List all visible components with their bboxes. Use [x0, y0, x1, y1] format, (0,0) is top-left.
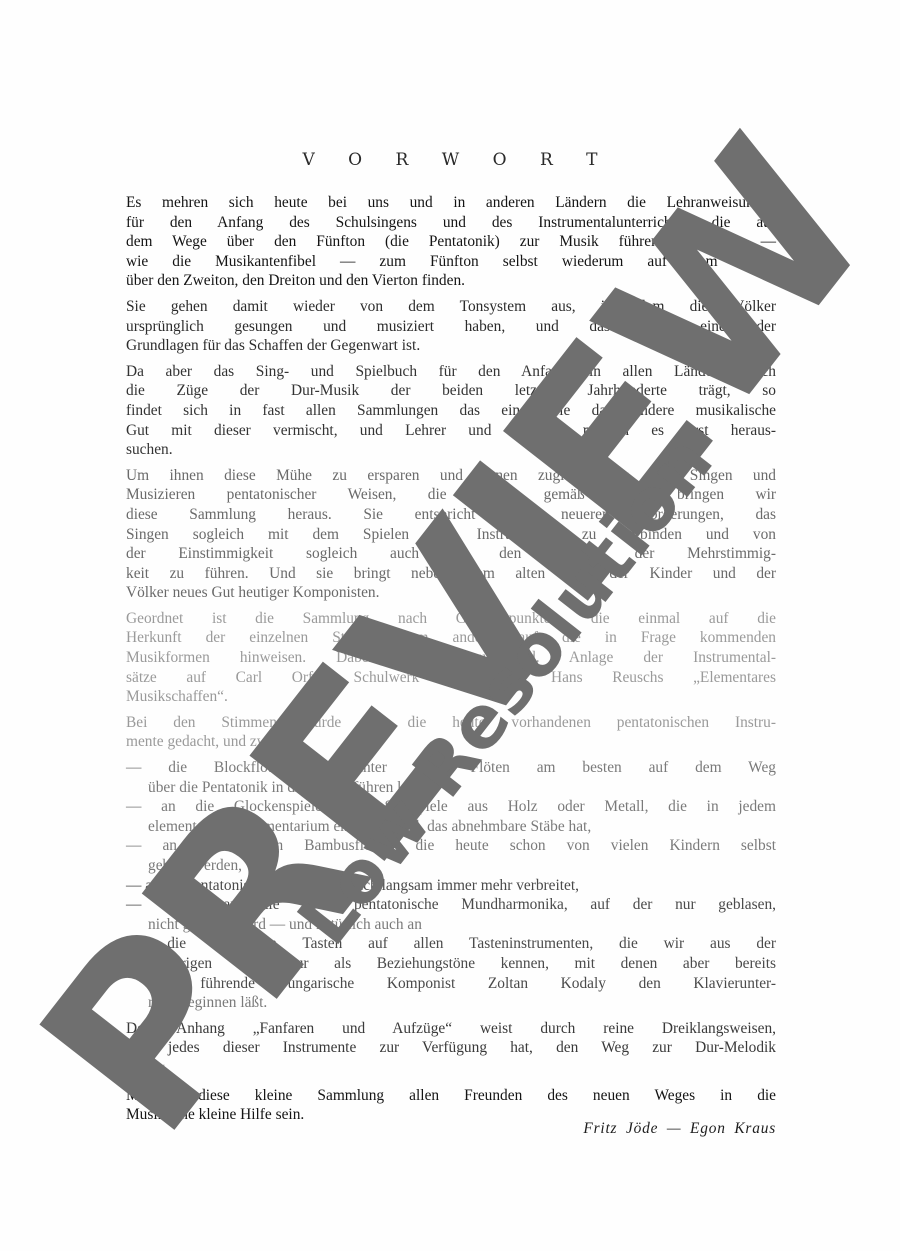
paragraph-closing: Möchte diese kleine Sammlung allen Freun…: [126, 1086, 776, 1125]
text-line: wie die Musikantenfibel — zum Fünfton se…: [126, 252, 776, 272]
list-item-continuation: über die Pentatonik in die Musik führen …: [126, 778, 776, 798]
text-line: Musikformen hinweisen. Dabei wurde zum d…: [126, 648, 776, 668]
list-item-continuation: elementaren Instrumentarium enthalten si…: [126, 817, 776, 837]
text-line: über den Zweiton, den Dreiton und den Vi…: [126, 271, 776, 291]
list-item: — an die Glockenspiele und Stabspiele au…: [126, 797, 776, 817]
text-line: suchen.: [126, 440, 776, 460]
text-line: Musikschaffen“.: [126, 687, 776, 707]
text-line: Musizieren pentatonischer Weisen, die ih…: [126, 485, 776, 505]
text-line: dem Wege über den Fünfton (die Pentatoni…: [126, 232, 776, 252]
text-line: Der Anhang „Fanfaren und Aufzüge“ weist …: [126, 1019, 776, 1039]
instrument-list: — die Blockflöte, die unter allen Flöten…: [126, 758, 776, 1013]
list-item-continuation: der führende ungarische Komponist Zoltan…: [126, 974, 776, 994]
text-line: Singen sogleich mit dem Spielen auf Inst…: [126, 525, 776, 545]
list-item: — an die kleinen Bambusflöten, die heute…: [126, 836, 776, 856]
text-line: Sie gehen damit wieder von dem Tonsystem…: [126, 297, 776, 317]
document-page: V O R W O R T Es mehren sich heute bei u…: [0, 0, 900, 1251]
text-line: diese Sammlung heraus. Sie entspricht de…: [126, 505, 776, 525]
text-line: Grundlagen für das Schaffen der Gegenwar…: [126, 336, 776, 356]
text-line: die jedes dieser Instrumente zur Verfügu…: [126, 1038, 776, 1058]
paragraph-5: Geordnet ist die Sammlung nach Gesichtsp…: [126, 609, 776, 707]
paragraph-4: Um ihnen diese Mühe zu ersparen und ihne…: [126, 466, 776, 603]
text-line: weiter.: [126, 1058, 776, 1078]
text-line: Möchte diese kleine Sammlung allen Freun…: [126, 1086, 776, 1106]
text-line: der Einstimmigkeit sogleich auch zu den …: [126, 544, 776, 564]
text-line: Geordnet ist die Sammlung nach Gesichtsp…: [126, 609, 776, 629]
list-item: — die schwarzen Tasten auf allen Tasteni…: [126, 934, 776, 954]
paragraph-2: Sie gehen damit wieder von dem Tonsystem…: [126, 297, 776, 356]
text-line: Bei den Stimmen wurde an die heute vorha…: [126, 713, 776, 733]
list-item: — ferner an die neue pentatonische Mundh…: [126, 895, 776, 915]
list-item: — an die pentatonische Kantele, die sich…: [126, 876, 776, 896]
text-line: Gut mit dieser vermischt, und Lehrer und…: [126, 421, 776, 441]
page-title: V O R W O R T: [0, 150, 900, 170]
text-line: findet sich in fast allen Sammlungen das…: [126, 401, 776, 421]
list-item-continuation: richt beginnen läßt.: [126, 993, 776, 1013]
list-item: — die Blockflöte, die unter allen Flöten…: [126, 758, 776, 778]
text-line: Völker neues Gut heutiger Komponisten.: [126, 583, 776, 603]
paragraph-1: Es mehren sich heute bei uns und in ande…: [126, 193, 776, 291]
text-line: Es mehren sich heute bei uns und in ande…: [126, 193, 776, 213]
author-signature: Fritz Jöde — Egon Kraus: [583, 1120, 776, 1138]
text-line: mente gedacht, und zwar:: [126, 732, 776, 752]
text-line: die Züge der Dur-Musik der beiden letzte…: [126, 381, 776, 401]
text-line: Herkunft der einzelnen Stücke, zum ander…: [126, 628, 776, 648]
list-item-continuation: bisherigen Zeit nur als Beziehungstöne k…: [126, 954, 776, 974]
paragraph-3: Da aber das Sing- und Spielbuch für den …: [126, 362, 776, 460]
paragraph-6: Bei den Stimmen wurde an die heute vorha…: [126, 713, 776, 752]
text-line: keit zu führen. Und sie bringt neben dem…: [126, 564, 776, 584]
text-line: für den Anfang des Schulsingens und des …: [126, 213, 776, 233]
text-line: sätze auf Carl Orffs Schulwerk und auf H…: [126, 668, 776, 688]
text-line: Um ihnen diese Mühe zu ersparen und ihne…: [126, 466, 776, 486]
text-line: ursprünglich gesungen und musiziert habe…: [126, 317, 776, 337]
list-item-continuation: gebaut werden,: [126, 856, 776, 876]
paragraph-appendix: Der Anhang „Fanfaren und Aufzüge“ weist …: [126, 1019, 776, 1078]
list-item-continuation: nicht gezogen wird — und natürlich auch …: [126, 915, 776, 935]
text-line: Da aber das Sing- und Spielbuch für den …: [126, 362, 776, 382]
preface-body: Es mehren sich heute bei uns und in ande…: [126, 193, 776, 1131]
